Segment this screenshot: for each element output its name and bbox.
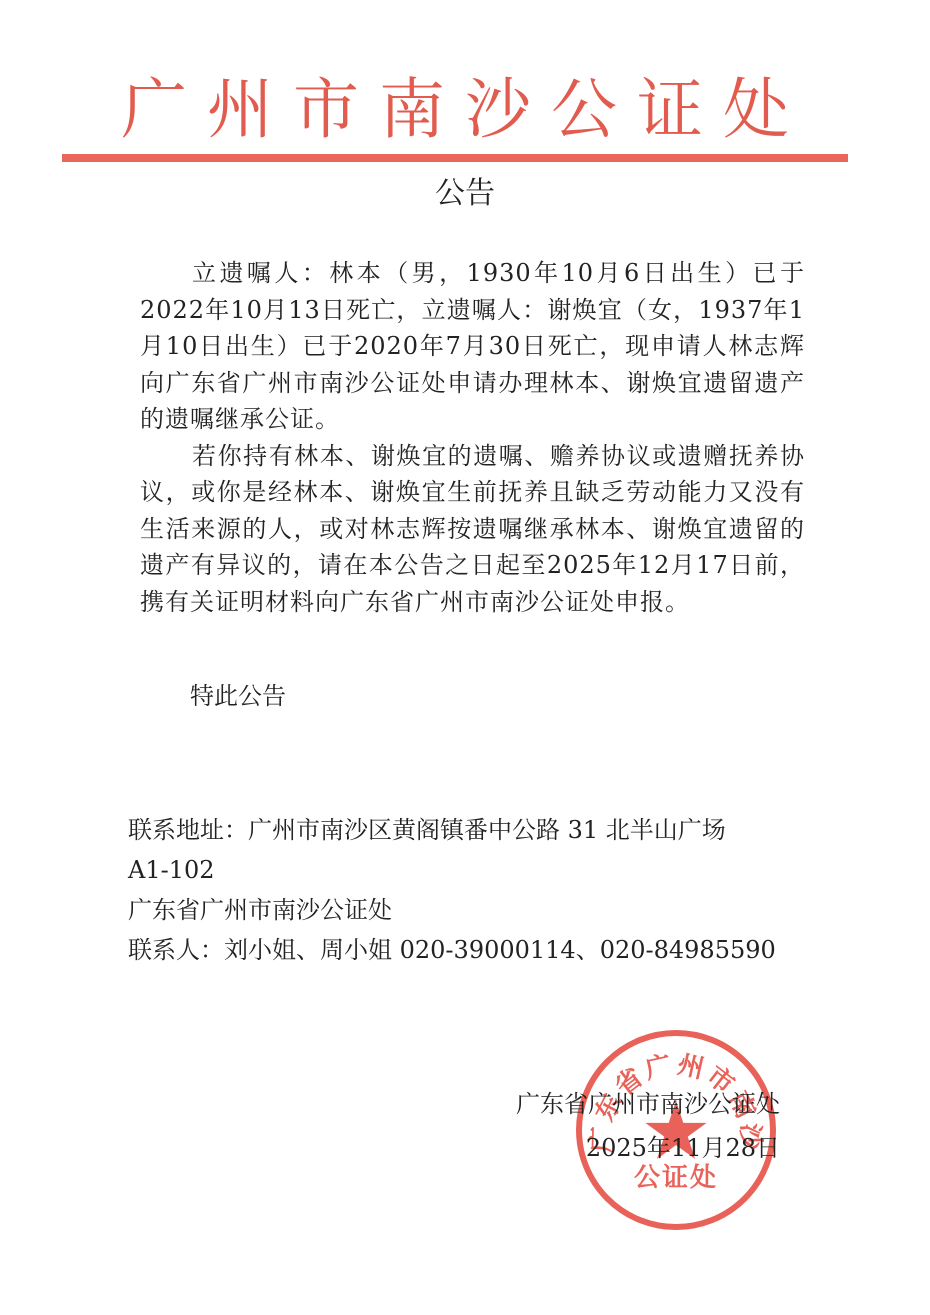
contact-organization: 广东省广州市南沙公证处 [128,890,798,930]
contact-person: 联系人：刘小姐、周小姐 020-39000114、020-84985590 [128,930,798,970]
closing-remark: 特此公告 [190,678,286,714]
contact-address-line1: 联系地址：广州市南沙区黄阁镇番中公路 31 北半山广场 [128,810,798,850]
document-title: 公告 [0,172,930,216]
signature-date: 2025年11月28日 [490,1126,780,1170]
contact-block: 联系地址：广州市南沙区黄阁镇番中公路 31 北半山广场 A1-102 广东省广州… [128,810,798,970]
paragraph-objection-notice: 若你持有林本、谢焕宜的遗嘱、赡养协议或遗赠抚养协议，或你是经林本、谢焕宜生前抚养… [140,438,805,621]
paragraph-testator-info: 立遗嘱人：林本（男，1930年10月6日出生）已于2022年10月13日死亡，立… [140,255,805,438]
signature-block: 广东省广州市南沙公证处 2025年11月28日 [490,1082,780,1170]
letterhead-title: 广州市南沙公证处 [0,70,930,150]
contact-address-line2: A1-102 [128,850,798,890]
document-body: 立遗嘱人：林本（男，1930年10月6日出生）已于2022年10月13日死亡，立… [140,255,805,620]
signature-issuer: 广东省广州市南沙公证处 [490,1082,780,1126]
letterhead-divider [62,154,848,162]
